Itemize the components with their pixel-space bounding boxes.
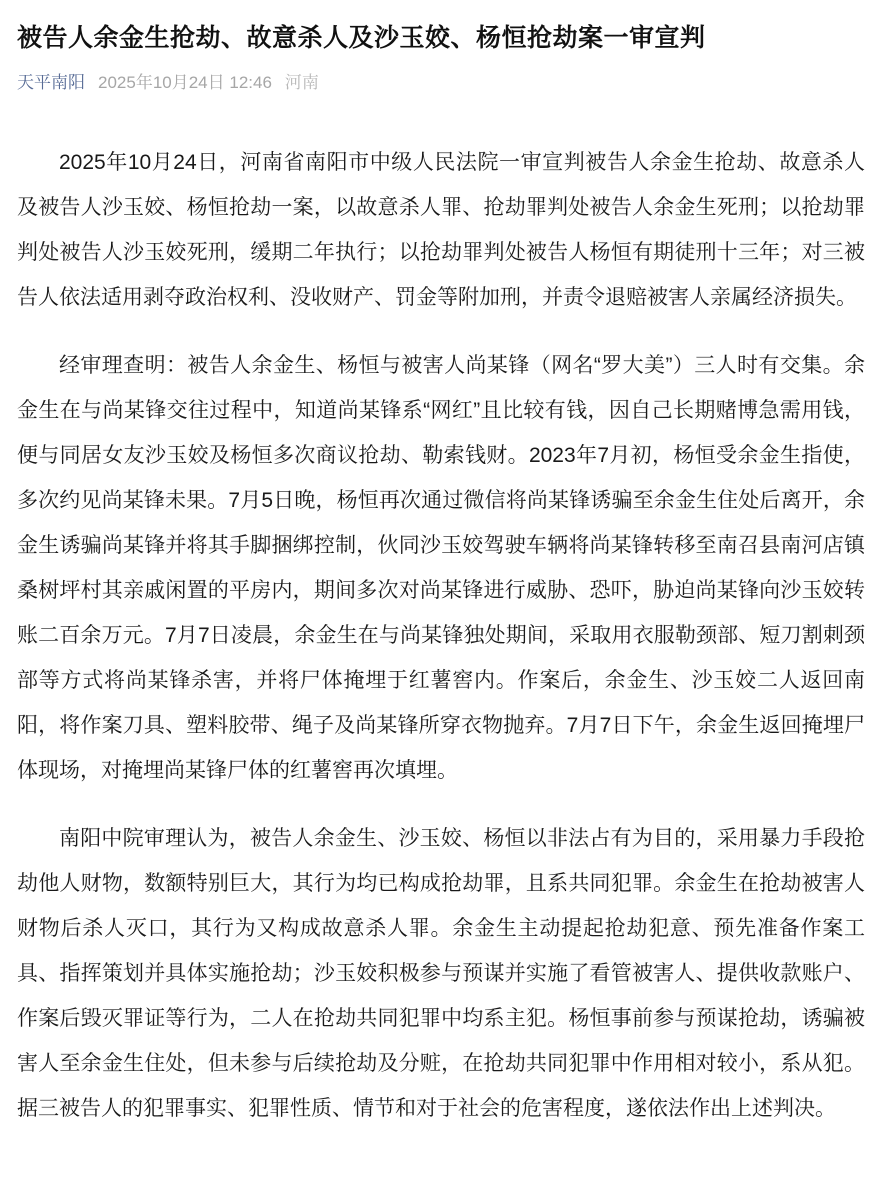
article-page: 被告人余金生抢劫、故意杀人及沙玉姣、杨恒抢劫案一审宣判 天平南阳 2025年10…	[0, 0, 882, 1193]
publish-location: 河南	[285, 72, 319, 94]
article-paragraph: 经审理查明：被告人余金生、杨恒与被害人尚某锋（网名“罗大美”）三人时有交集。余金…	[17, 343, 865, 793]
article-title: 被告人余金生抢劫、故意杀人及沙玉姣、杨恒抢劫案一审宣判	[17, 20, 865, 56]
byline: 天平南阳 2025年10月24日 12:46 河南	[17, 72, 865, 94]
article-paragraph: 南阳中院审理认为，被告人余金生、沙玉姣、杨恒以非法占有为目的，采用暴力手段抢劫他…	[17, 816, 865, 1131]
account-name-link[interactable]: 天平南阳	[17, 72, 85, 94]
article-paragraph: 2025年10月24日，河南省南阳市中级人民法院一审宣判被告人余金生抢劫、故意杀…	[17, 140, 865, 320]
publish-datetime: 2025年10月24日 12:46	[98, 72, 272, 94]
article-body: 2025年10月24日，河南省南阳市中级人民法院一审宣判被告人余金生抢劫、故意杀…	[17, 140, 865, 1131]
